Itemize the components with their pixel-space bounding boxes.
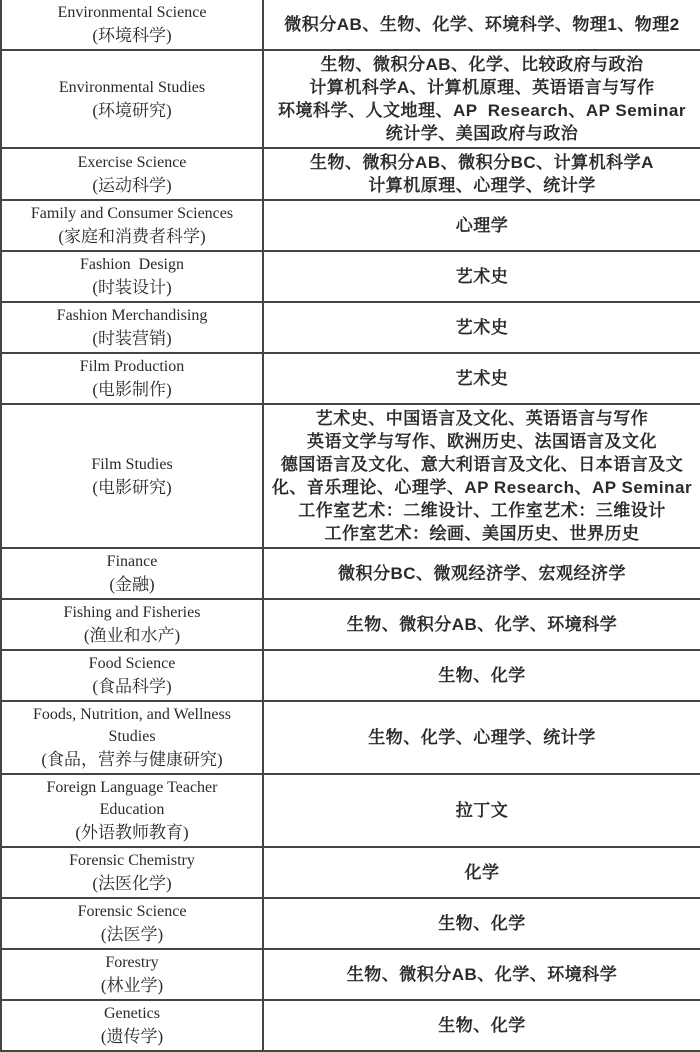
recommended-courses-cell: 生物、化学、心理学、统计学 (263, 701, 700, 774)
major-name-chinese: (环境科学) (6, 24, 258, 47)
major-name-chinese: (林业学) (6, 974, 258, 997)
major-name-english: Genetics (6, 1003, 258, 1025)
majors-to-ap-courses-table: Environmental Science (环境科学) 微积分AB、生物、化学… (0, 0, 700, 1052)
major-name-english: Forensic Science (6, 901, 258, 923)
table-row: Fashion Design (时装设计) 艺术史 (1, 251, 700, 302)
recommended-courses-cell: 艺术史、中国语言及文化、英语语言与写作 英语文学与写作、欧洲历史、法国语言及文化… (263, 404, 700, 548)
major-name-chinese: (食品科学) (6, 675, 258, 698)
table-row: Foreign Language Teacher Education (外语教师… (1, 774, 700, 847)
recommended-courses-cell: 微积分AB、生物、化学、环境科学、物理1、物理2 (263, 0, 700, 50)
recommended-courses-cell: 化学 (263, 847, 700, 898)
major-cell: Finance (金融) (1, 548, 263, 599)
table-row: Forestry (林业学) 生物、微积分AB、化学、环境科学 (1, 949, 700, 1000)
major-cell: Food Science (食品科学) (1, 650, 263, 701)
table-row: Environmental Science (环境科学) 微积分AB、生物、化学… (1, 0, 700, 50)
major-name-english: Forestry (6, 952, 258, 974)
major-name-chinese: (电影研究) (6, 476, 258, 499)
major-cell: Foreign Language Teacher Education (外语教师… (1, 774, 263, 847)
major-cell: Family and Consumer Sciences (家庭和消费者科学) (1, 200, 263, 251)
major-name-chinese: (渔业和水产) (6, 624, 258, 647)
table-row: Film Studies (电影研究) 艺术史、中国语言及文化、英语语言与写作 … (1, 404, 700, 548)
major-name-chinese: (时装营销) (6, 327, 258, 350)
table-row: Exercise Science (运动科学) 生物、微积分AB、微积分BC、计… (1, 148, 700, 200)
majors-table-body: Environmental Science (环境科学) 微积分AB、生物、化学… (1, 0, 700, 1051)
major-cell: Fishing and Fisheries (渔业和水产) (1, 599, 263, 650)
major-name-english: Foods, Nutrition, and Wellness Studies (6, 704, 258, 748)
recommended-courses-cell: 生物、化学 (263, 1000, 700, 1051)
major-name-chinese: (电影制作) (6, 378, 258, 401)
table-row: Film Production (电影制作) 艺术史 (1, 353, 700, 404)
recommended-courses-cell: 拉丁文 (263, 774, 700, 847)
major-cell: Environmental Studies (环境研究) (1, 50, 263, 148)
major-name-chinese: (法医学) (6, 923, 258, 946)
major-name-english: Film Production (6, 356, 258, 378)
major-cell: Forensic Chemistry (法医化学) (1, 847, 263, 898)
major-name-chinese: (家庭和消费者科学) (6, 225, 258, 248)
major-name-english: Environmental Studies (6, 77, 258, 99)
major-cell: Fashion Design (时装设计) (1, 251, 263, 302)
table-row: Fashion Merchandising (时装营销) 艺术史 (1, 302, 700, 353)
table-row: Forensic Science (法医学) 生物、化学 (1, 898, 700, 949)
table-row: Food Science (食品科学) 生物、化学 (1, 650, 700, 701)
major-name-english: Environmental Science (6, 2, 258, 24)
major-cell: Environmental Science (环境科学) (1, 0, 263, 50)
major-name-english: Exercise Science (6, 152, 258, 174)
major-name-english: Fashion Design (6, 254, 258, 276)
major-name-chinese: (运动科学) (6, 174, 258, 197)
major-name-english: Family and Consumer Sciences (6, 203, 258, 225)
table-row: Environmental Studies (环境研究) 生物、微积分AB、化学… (1, 50, 700, 148)
major-name-chinese: (环境研究) (6, 99, 258, 122)
major-name-english: Fishing and Fisheries (6, 602, 258, 624)
major-cell: Genetics (遗传学) (1, 1000, 263, 1051)
major-cell: Fashion Merchandising (时装营销) (1, 302, 263, 353)
major-name-english: Film Studies (6, 454, 258, 476)
recommended-courses-cell: 生物、微积分AB、化学、比较政府与政治 计算机科学A、计算机原理、英语语言与写作… (263, 50, 700, 148)
table-row: Finance (金融) 微积分BC、微观经济学、宏观经济学 (1, 548, 700, 599)
major-name-chinese: (金融) (6, 573, 258, 596)
major-cell: Film Studies (电影研究) (1, 404, 263, 548)
table-row: Fishing and Fisheries (渔业和水产) 生物、微积分AB、化… (1, 599, 700, 650)
recommended-courses-cell: 生物、微积分AB、微积分BC、计算机科学A 计算机原理、心理学、统计学 (263, 148, 700, 200)
major-cell: Film Production (电影制作) (1, 353, 263, 404)
recommended-courses-cell: 生物、微积分AB、化学、环境科学 (263, 599, 700, 650)
major-name-chinese: (外语教师教育) (6, 821, 258, 844)
major-cell: Forestry (林业学) (1, 949, 263, 1000)
major-name-english: Forensic Chemistry (6, 850, 258, 872)
major-name-english: Foreign Language Teacher Education (6, 777, 258, 821)
major-cell: Forensic Science (法医学) (1, 898, 263, 949)
recommended-courses-cell: 生物、化学 (263, 650, 700, 701)
table-row: Foods, Nutrition, and Wellness Studies (… (1, 701, 700, 774)
recommended-courses-cell: 艺术史 (263, 251, 700, 302)
major-cell: Exercise Science (运动科学) (1, 148, 263, 200)
recommended-courses-cell: 生物、微积分AB、化学、环境科学 (263, 949, 700, 1000)
major-name-chinese: (食品，营养与健康研究) (6, 748, 258, 771)
table-row: Genetics (遗传学) 生物、化学 (1, 1000, 700, 1051)
major-name-english: Finance (6, 551, 258, 573)
recommended-courses-cell: 艺术史 (263, 302, 700, 353)
major-name-chinese: (时装设计) (6, 276, 258, 299)
major-name-chinese: (法医化学) (6, 872, 258, 895)
major-name-english: Food Science (6, 653, 258, 675)
major-name-english: Fashion Merchandising (6, 305, 258, 327)
major-name-chinese: (遗传学) (6, 1025, 258, 1048)
recommended-courses-cell: 心理学 (263, 200, 700, 251)
recommended-courses-cell: 生物、化学 (263, 898, 700, 949)
table-row: Forensic Chemistry (法医化学) 化学 (1, 847, 700, 898)
recommended-courses-cell: 艺术史 (263, 353, 700, 404)
table-row: Family and Consumer Sciences (家庭和消费者科学) … (1, 200, 700, 251)
major-cell: Foods, Nutrition, and Wellness Studies (… (1, 701, 263, 774)
recommended-courses-cell: 微积分BC、微观经济学、宏观经济学 (263, 548, 700, 599)
